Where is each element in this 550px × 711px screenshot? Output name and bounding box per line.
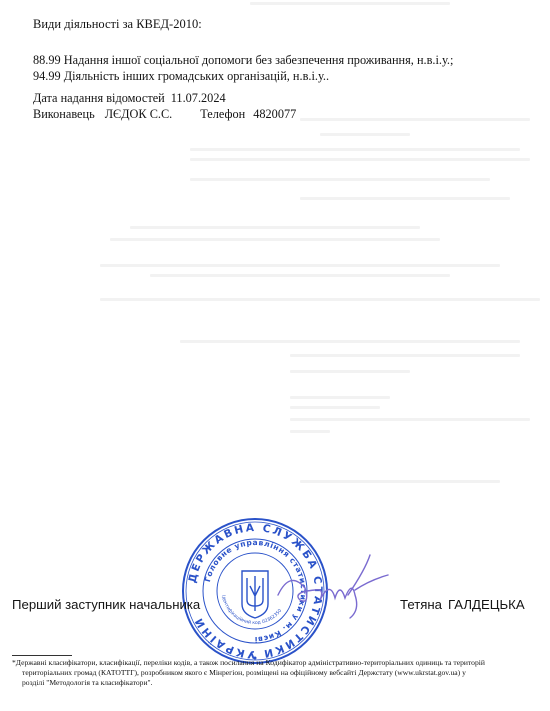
phone-value: 4820077 (253, 107, 296, 121)
kved-item: 94.99 Діяльність інших громадських орган… (33, 69, 329, 84)
signer-last-name: ГАЛДЕЦЬКА (448, 597, 525, 612)
executor-name: ЛЄДОК С.С. (105, 107, 173, 121)
footnote-line-1: *Державні класифікатори, класифікації, п… (12, 658, 485, 667)
footnote: *Державні класифікатори, класифікації, п… (12, 658, 540, 688)
trident-icon (242, 571, 268, 618)
footnote-line-2: територіальних громад (КАТОТТГ), розробн… (12, 668, 540, 678)
kved-item: 88.99 Надання іншої соціальної допомоги … (33, 53, 453, 68)
signer-title: Перший заступник начальника (12, 597, 200, 612)
date-value: 11.07.2024 (171, 91, 226, 105)
executor-label: Виконавець (33, 107, 95, 121)
date-line: Дата надання відомостей11.07.2024 (33, 91, 226, 106)
footnote-divider (12, 655, 72, 656)
handwritten-signature-icon (270, 550, 390, 620)
kved-heading: Види діяльності за КВЕД-2010: (33, 17, 202, 32)
date-label: Дата надання відомостей (33, 91, 165, 105)
footnote-line-3: розділі "Методологія та класифікатори". (12, 678, 540, 688)
signer-first-name: Тетяна (400, 597, 442, 612)
phone-label: Телефон (200, 107, 245, 121)
executor-line: ВиконавецьЛЄДОК С.С.Телефон4820077 (33, 107, 296, 122)
signer-name: ТетянаГАЛДЕЦЬКА (400, 597, 525, 612)
